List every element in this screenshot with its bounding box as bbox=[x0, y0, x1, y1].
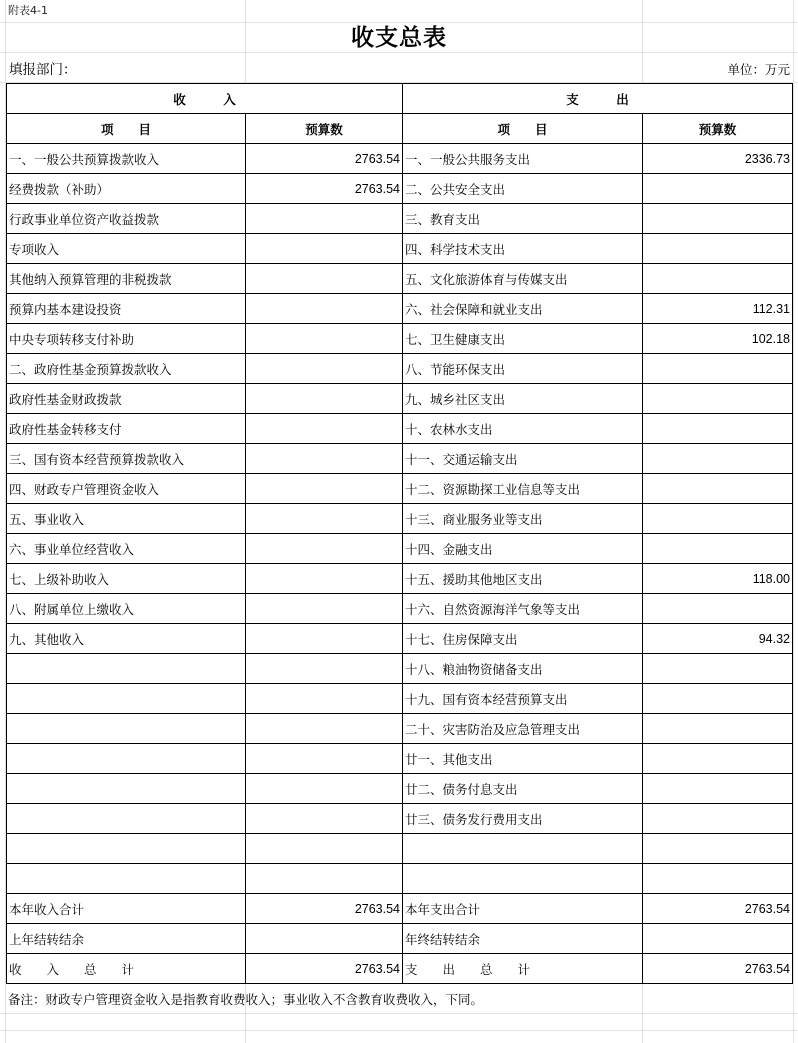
income-item-cell[interactable]: 六、事业单位经营收入 bbox=[7, 534, 246, 564]
income-item-cell[interactable] bbox=[7, 744, 246, 774]
income-item-cell[interactable] bbox=[7, 864, 246, 894]
income-amount-cell[interactable] bbox=[246, 534, 403, 564]
income-item-cell[interactable]: 预算内基本建设投资 bbox=[7, 294, 246, 324]
expense-item-cell[interactable] bbox=[403, 834, 643, 864]
table-row: 廿二、债务付息支出 bbox=[7, 774, 793, 804]
income-amount-cell[interactable] bbox=[246, 624, 403, 654]
expense-amount-cell[interactable] bbox=[643, 204, 793, 234]
table-row: 六、事业单位经营收入十四、金融支出 bbox=[7, 534, 793, 564]
page-title: 收支总表 bbox=[0, 22, 798, 54]
expense-amount-cell[interactable] bbox=[643, 804, 793, 834]
income-item-cell[interactable]: 政府性基金转移支付 bbox=[7, 414, 246, 444]
table-row: 廿三、债务发行费用支出 bbox=[7, 804, 793, 834]
expense-item-cell[interactable]: 一、一般公共服务支出 bbox=[403, 144, 643, 174]
table-row: 行政事业单位资产收益拨款三、教育支出 bbox=[7, 204, 793, 234]
expense-item-cell[interactable]: 廿一、其他支出 bbox=[403, 744, 643, 774]
expense-amount-cell[interactable]: 112.31 bbox=[643, 294, 793, 324]
income-amount-cell[interactable] bbox=[246, 444, 403, 474]
expense-item-cell[interactable]: 十四、金融支出 bbox=[403, 534, 643, 564]
income-item-cell[interactable] bbox=[7, 654, 246, 684]
income-item-cell[interactable]: 经费拨款（补助） bbox=[7, 174, 246, 204]
table-row: 本年收入合计2763.54本年支出合计2763.54 bbox=[7, 894, 793, 924]
expense-item-cell[interactable]: 四、科学技术支出 bbox=[403, 234, 643, 264]
expense-amount-cell[interactable] bbox=[643, 174, 793, 204]
income-item-cell[interactable]: 中央专项转移支付补助 bbox=[7, 324, 246, 354]
sheet-caption: 附表4-1 bbox=[8, 2, 48, 18]
table-row: 九、其他收入十七、住房保障支出94.32 bbox=[7, 624, 793, 654]
expense-amount-header: 预算数 bbox=[643, 114, 793, 144]
expense-item-cell[interactable]: 九、城乡社区支出 bbox=[403, 384, 643, 414]
table-row: 中央专项转移支付补助七、卫生健康支出102.18 bbox=[7, 324, 793, 354]
expense-item-cell[interactable]: 十五、援助其他地区支出 bbox=[403, 564, 643, 594]
income-expense-table: 收 入 支 出 项 目 预算数 项 目 预算数 一、一般公共预算拨款收入2763… bbox=[6, 83, 793, 984]
income-item-cell[interactable] bbox=[7, 804, 246, 834]
income-amount-cell[interactable] bbox=[246, 324, 403, 354]
expense-item-cell[interactable]: 十七、住房保障支出 bbox=[403, 624, 643, 654]
income-amount-cell[interactable] bbox=[246, 744, 403, 774]
income-item-cell[interactable]: 四、财政专户管理资金收入 bbox=[7, 474, 246, 504]
expense-item-cell[interactable]: 五、文化旅游体育与传媒支出 bbox=[403, 264, 643, 294]
table-row: 二、政府性基金预算拨款收入八、节能环保支出 bbox=[7, 354, 793, 384]
section-header-row: 收 入 支 出 bbox=[7, 84, 793, 114]
table-row: 其他纳入预算管理的非税拨款五、文化旅游体育与传媒支出 bbox=[7, 264, 793, 294]
expense-amount-cell[interactable]: 2763.54 bbox=[643, 894, 793, 924]
expense-amount-cell[interactable] bbox=[643, 654, 793, 684]
income-amount-cell[interactable] bbox=[246, 414, 403, 444]
table-row: 七、上级补助收入十五、援助其他地区支出118.00 bbox=[7, 564, 793, 594]
expense-item-cell[interactable]: 十二、资源勘探工业信息等支出 bbox=[403, 474, 643, 504]
income-item-cell[interactable]: 行政事业单位资产收益拨款 bbox=[7, 204, 246, 234]
expense-item-cell[interactable]: 八、节能环保支出 bbox=[403, 354, 643, 384]
expense-amount-cell[interactable] bbox=[643, 384, 793, 414]
income-amount-cell[interactable] bbox=[246, 294, 403, 324]
expense-amount-cell[interactable] bbox=[643, 474, 793, 504]
income-item-cell[interactable]: 其他纳入预算管理的非税拨款 bbox=[7, 264, 246, 294]
income-amount-cell[interactable] bbox=[246, 834, 403, 864]
unit-label: 单位：万元 bbox=[727, 60, 790, 78]
table-row: 收 入 总 计2763.54支 出 总 计2763.54 bbox=[7, 954, 793, 984]
income-item-cell[interactable]: 一、一般公共预算拨款收入 bbox=[7, 144, 246, 174]
income-item-cell[interactable] bbox=[7, 834, 246, 864]
income-section-header: 收 入 bbox=[7, 84, 403, 114]
income-amount-cell[interactable] bbox=[246, 684, 403, 714]
income-item-header: 项 目 bbox=[7, 114, 246, 144]
income-item-cell[interactable]: 二、政府性基金预算拨款收入 bbox=[7, 354, 246, 384]
expense-amount-cell[interactable] bbox=[643, 774, 793, 804]
table-row: 经费拨款（补助）2763.54二、公共安全支出 bbox=[7, 174, 793, 204]
income-item-cell[interactable]: 专项收入 bbox=[7, 234, 246, 264]
expense-amount-cell[interactable] bbox=[643, 864, 793, 894]
expense-amount-cell[interactable]: 2336.73 bbox=[643, 144, 793, 174]
expense-item-cell[interactable]: 本年支出合计 bbox=[403, 894, 643, 924]
expense-amount-cell[interactable]: 2763.54 bbox=[643, 954, 793, 984]
table-row: 廿一、其他支出 bbox=[7, 744, 793, 774]
expense-item-header: 项 目 bbox=[403, 114, 643, 144]
income-amount-cell[interactable] bbox=[246, 354, 403, 384]
expense-item-cell[interactable]: 十三、商业服务业等支出 bbox=[403, 504, 643, 534]
expense-amount-cell[interactable]: 118.00 bbox=[643, 564, 793, 594]
table-row: 四、财政专户管理资金收入十二、资源勘探工业信息等支出 bbox=[7, 474, 793, 504]
table-row: 五、事业收入十三、商业服务业等支出 bbox=[7, 504, 793, 534]
table-row: 三、国有资本经营预算拨款收入十一、交通运输支出 bbox=[7, 444, 793, 474]
expense-amount-cell[interactable] bbox=[643, 684, 793, 714]
table-row: 二十、灾害防治及应急管理支出 bbox=[7, 714, 793, 744]
income-amount-cell[interactable] bbox=[246, 864, 403, 894]
expense-amount-cell[interactable] bbox=[643, 234, 793, 264]
income-amount-cell[interactable]: 2763.54 bbox=[246, 144, 403, 174]
expense-item-cell[interactable]: 十、农林水支出 bbox=[403, 414, 643, 444]
expense-amount-cell[interactable] bbox=[643, 534, 793, 564]
income-item-cell[interactable]: 五、事业收入 bbox=[7, 504, 246, 534]
expense-item-cell[interactable]: 六、社会保障和就业支出 bbox=[403, 294, 643, 324]
income-amount-cell[interactable] bbox=[246, 264, 403, 294]
income-amount-cell[interactable] bbox=[246, 474, 403, 504]
expense-item-cell[interactable]: 十一、交通运输支出 bbox=[403, 444, 643, 474]
expense-item-cell[interactable]: 支 出 总 计 bbox=[403, 954, 643, 984]
income-amount-cell[interactable] bbox=[246, 384, 403, 414]
expense-item-cell[interactable]: 十六、自然资源海洋气象等支出 bbox=[403, 594, 643, 624]
income-amount-cell[interactable] bbox=[246, 804, 403, 834]
expense-amount-cell[interactable] bbox=[643, 444, 793, 474]
expense-amount-cell[interactable] bbox=[643, 714, 793, 744]
expense-item-cell[interactable]: 十九、国有资本经营预算支出 bbox=[403, 684, 643, 714]
expense-item-cell[interactable]: 廿二、债务付息支出 bbox=[403, 774, 643, 804]
income-amount-cell[interactable] bbox=[246, 594, 403, 624]
income-amount-header: 预算数 bbox=[246, 114, 403, 144]
income-item-cell[interactable]: 九、其他收入 bbox=[7, 624, 246, 654]
expense-amount-cell[interactable]: 94.32 bbox=[643, 624, 793, 654]
income-item-cell[interactable] bbox=[7, 684, 246, 714]
income-item-cell[interactable]: 政府性基金财政拨款 bbox=[7, 384, 246, 414]
expense-item-cell[interactable]: 年终结转结余 bbox=[403, 924, 643, 954]
expense-item-cell[interactable]: 十八、粮油物资储备支出 bbox=[403, 654, 643, 684]
footnote: 备注：财政专户管理资金收入是指教育收费收入；事业收入不含教育收费收入，下同。 bbox=[8, 990, 483, 1008]
expense-amount-cell[interactable] bbox=[643, 834, 793, 864]
table-row: 一、一般公共预算拨款收入2763.54一、一般公共服务支出2336.73 bbox=[7, 144, 793, 174]
column-header-row: 项 目 预算数 项 目 预算数 bbox=[7, 114, 793, 144]
table-row: 专项收入四、科学技术支出 bbox=[7, 234, 793, 264]
income-amount-cell[interactable] bbox=[246, 204, 403, 234]
expense-amount-cell[interactable] bbox=[643, 354, 793, 384]
income-amount-cell[interactable] bbox=[246, 504, 403, 534]
table-row bbox=[7, 834, 793, 864]
income-item-cell[interactable]: 上年结转结余 bbox=[7, 924, 246, 954]
expense-item-cell[interactable]: 七、卫生健康支出 bbox=[403, 324, 643, 354]
table-row: 政府性基金转移支付十、农林水支出 bbox=[7, 414, 793, 444]
table-row: 八、附属单位上缴收入十六、自然资源海洋气象等支出 bbox=[7, 594, 793, 624]
expense-amount-cell[interactable] bbox=[643, 594, 793, 624]
income-amount-cell[interactable]: 2763.54 bbox=[246, 894, 403, 924]
expense-item-cell[interactable]: 廿三、债务发行费用支出 bbox=[403, 804, 643, 834]
expense-section-header: 支 出 bbox=[403, 84, 793, 114]
expense-item-cell[interactable]: 二、公共安全支出 bbox=[403, 174, 643, 204]
expense-amount-cell[interactable] bbox=[643, 504, 793, 534]
income-item-cell[interactable]: 收 入 总 计 bbox=[7, 954, 246, 984]
income-amount-cell[interactable] bbox=[246, 654, 403, 684]
income-item-cell[interactable] bbox=[7, 774, 246, 804]
income-amount-cell[interactable] bbox=[246, 564, 403, 594]
income-item-cell[interactable]: 三、国有资本经营预算拨款收入 bbox=[7, 444, 246, 474]
expense-item-cell[interactable]: 二十、灾害防治及应急管理支出 bbox=[403, 714, 643, 744]
expense-amount-cell[interactable] bbox=[643, 924, 793, 954]
income-amount-cell[interactable]: 2763.54 bbox=[246, 954, 403, 984]
table-row: 预算内基本建设投资六、社会保障和就业支出112.31 bbox=[7, 294, 793, 324]
income-item-cell[interactable]: 本年收入合计 bbox=[7, 894, 246, 924]
table-row: 十八、粮油物资储备支出 bbox=[7, 654, 793, 684]
income-item-cell[interactable]: 八、附属单位上缴收入 bbox=[7, 594, 246, 624]
expense-item-cell[interactable] bbox=[403, 864, 643, 894]
income-item-cell[interactable]: 七、上级补助收入 bbox=[7, 564, 246, 594]
table-row: 政府性基金财政拨款九、城乡社区支出 bbox=[7, 384, 793, 414]
expense-amount-cell[interactable] bbox=[643, 414, 793, 444]
income-amount-cell[interactable] bbox=[246, 924, 403, 954]
department-label: 填报部门： bbox=[9, 58, 77, 78]
table-row: 十九、国有资本经营预算支出 bbox=[7, 684, 793, 714]
income-amount-cell[interactable] bbox=[246, 234, 403, 264]
expense-amount-cell[interactable]: 102.18 bbox=[643, 324, 793, 354]
table-row: 上年结转结余年终结转结余 bbox=[7, 924, 793, 954]
income-item-cell[interactable] bbox=[7, 714, 246, 744]
income-amount-cell[interactable] bbox=[246, 774, 403, 804]
expense-amount-cell[interactable] bbox=[643, 264, 793, 294]
income-amount-cell[interactable]: 2763.54 bbox=[246, 174, 403, 204]
expense-item-cell[interactable]: 三、教育支出 bbox=[403, 204, 643, 234]
income-amount-cell[interactable] bbox=[246, 714, 403, 744]
table-row bbox=[7, 864, 793, 894]
expense-amount-cell[interactable] bbox=[643, 744, 793, 774]
